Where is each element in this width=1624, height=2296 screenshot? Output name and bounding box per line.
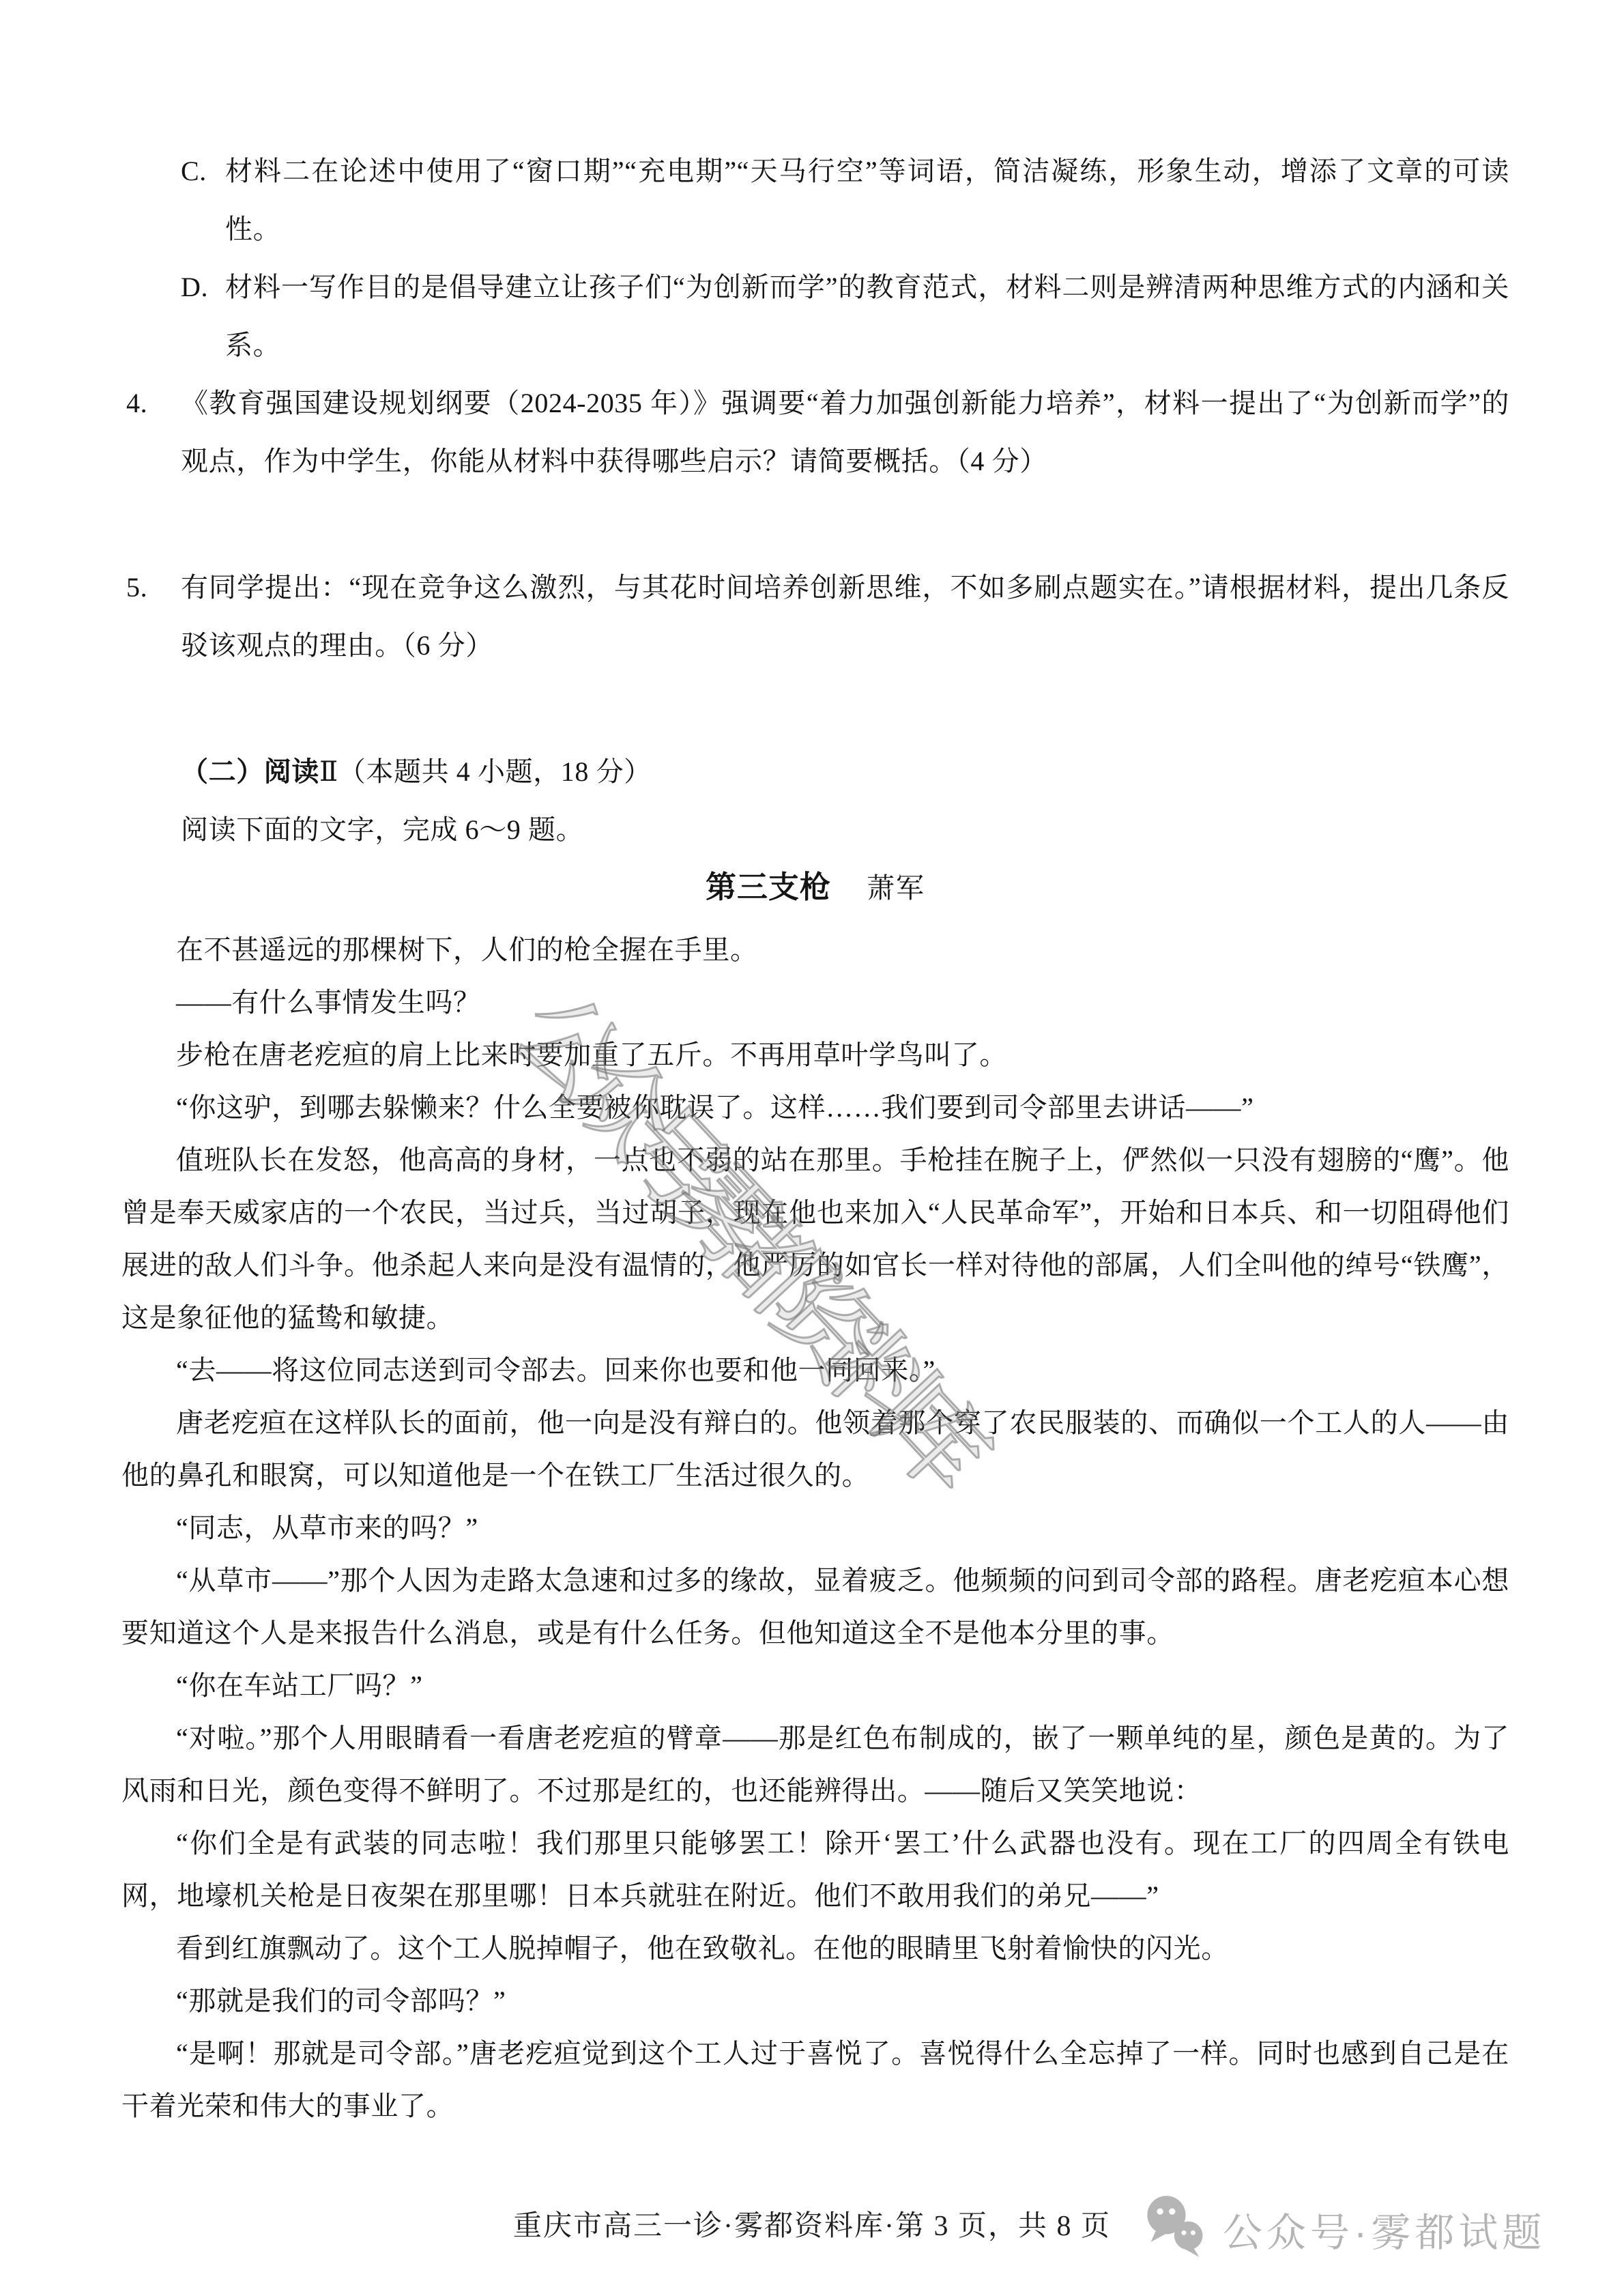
passage-paragraph: “同志，从草市来的吗？” [121,1502,1509,1554]
footer-brand-text: 公众号·雾都试题 [1223,2200,1546,2258]
page-content: C. 材料二在论述中使用了“窗口期”“充电期”“天马行空”等词语，简洁凝练，形象… [0,0,1624,2132]
passage-paragraph: 步枪在唐老疙疸的肩上比来时要加重了五斤。不再用草叶学鸟叫了。 [121,1029,1509,1081]
wechat-icon [1141,2191,1212,2262]
option-c-label: C. [181,142,207,200]
passage-paragraph: “那就是我们的司令部吗？” [121,1975,1509,2027]
question-5-number: 5. [126,558,147,616]
passage-body: 在不甚遥远的那棵树下，人们的枪全握在手里。——有什么事情发生吗？步枪在唐老疙疸的… [121,923,1509,2132]
passage-paragraph: “是啊！那就是司令部。”唐老疙疸觉到这个工人过于喜悦了。喜悦得什么全忘掉了一样。… [121,2027,1509,2132]
section-heading-bold: （二）阅读 [181,756,319,787]
option-d-text: 材料一写作目的是倡导建立让孩子们“为创新而学”的教育范式，材料二则是辨清两种思维… [225,272,1509,360]
question-5: 5. 有同学提出：“现在竞争这么激烈，与其花时间培养创新思维，不如多刷点题实在。… [121,558,1509,674]
question-4-text: 《教育强国建设规划纲要（2024-2035 年）》强调要“着力加强创新能力培养”… [181,388,1509,476]
passage-author: 萧军 [867,872,925,904]
question-4-number: 4. [126,374,147,432]
passage-paragraph: “你这驴，到哪去躲懒来？什么全要被你耽误了。这样……我们要到司令部里去讲话——” [121,1081,1509,1134]
passage-paragraph: “你在车站工厂吗？” [121,1659,1509,1712]
option-d-label: D. [181,258,208,316]
passage-title: 第三支枪 [706,870,831,904]
passage-paragraph: “去——将这位同志送到司令部去。回来你也要和他一同回来。” [121,1344,1509,1396]
option-d: D. 材料一写作目的是倡导建立让孩子们“为创新而学”的教育范式，材料二则是辨清两… [121,258,1509,374]
section-heading-rest: Ⅱ（本题共 4 小题，18 分） [319,756,652,787]
option-c-text: 材料二在论述中使用了“窗口期”“充电期”“天马行空”等词语，简洁凝练，形象生动，… [225,156,1509,244]
passage-intro: 阅读下面的文字，完成 6～9 题。 [181,801,1509,859]
option-c: C. 材料二在论述中使用了“窗口期”“充电期”“天马行空”等词语，简洁凝练，形象… [121,142,1509,258]
passage-paragraph: 唐老疙疸在这样队长的面前，他一向是没有辩白的。他领着那个穿了农民服装的、而确似一… [121,1396,1509,1502]
exam-page: C. 材料二在论述中使用了“窗口期”“充电期”“天马行空”等词语，简洁凝练，形象… [0,0,1624,2296]
question-4: 4. 《教育强国建设规划纲要（2024-2035 年）》强调要“着力加强创新能力… [121,374,1509,490]
passage-paragraph: “对啦。”那个人用眼睛看一看唐老疙疸的臂章——那是红色布制成的，嵌了一颗单纯的星… [121,1712,1509,1817]
passage-paragraph: 值班队长在发怒，他高高的身材，一点也不弱的站在那里。手枪挂在腕子上，俨然似一只没… [121,1134,1509,1344]
passage-paragraph: 看到红旗飘动了。这个工人脱掉帽子，他在致敬礼。在他的眼睛里飞射着愉快的闪光。 [121,1922,1509,1975]
question-5-text: 有同学提出：“现在竞争这么激烈，与其花时间培养创新思维，不如多刷点题实在。”请根… [181,572,1509,661]
passage-title-line: 第三支枪萧军 [121,859,1509,923]
passage-paragraph: “你们全是有武装的同志啦！我们那里只能够罢工！除开‘罢工’什么武器也没有。现在工… [121,1817,1509,1922]
passage-paragraph: “从草市——”那个人因为走路太急速和过多的缘故，显着疲乏。他频频的问到司令部的路… [121,1554,1509,1659]
passage-paragraph: ——有什么事情发生吗？ [121,976,1509,1029]
section-heading: （二）阅读Ⅱ（本题共 4 小题，18 分） [181,743,1509,801]
passage-paragraph: 在不甚遥远的那棵树下，人们的枪全握在手里。 [121,923,1509,976]
